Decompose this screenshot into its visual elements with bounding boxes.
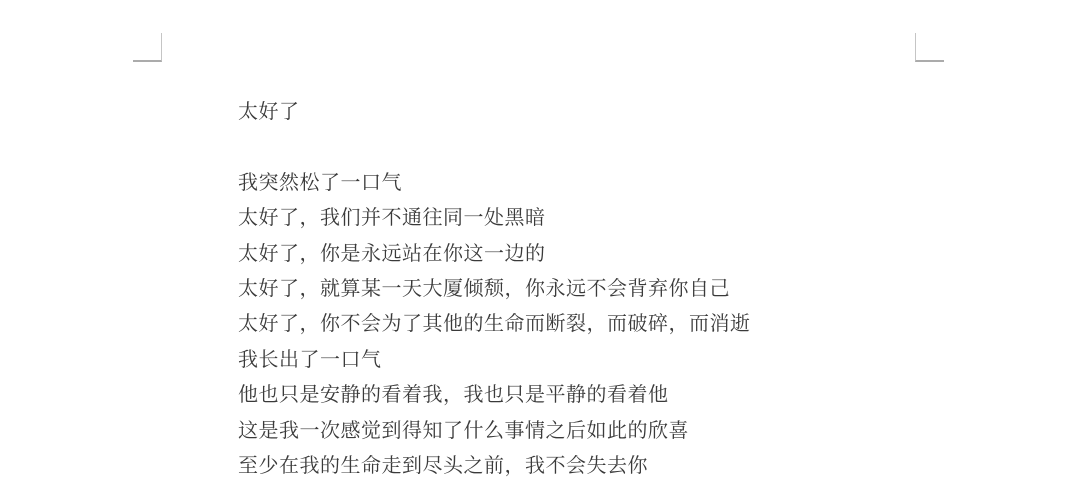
- text-line[interactable]: 太好了，你是永远站在你这一边的: [238, 237, 958, 272]
- document-text-area[interactable]: 太好了 我突然松了一口气 太好了，我们并不通往同一处黑暗 太好了，你是永远站在你…: [238, 95, 958, 484]
- margin-corner-mark-top-left: [133, 33, 162, 62]
- text-line[interactable]: 太好了: [238, 95, 958, 130]
- text-line[interactable]: 太好了，你不会为了其他的生命而断裂，而破碎，而消逝: [238, 307, 958, 342]
- document-page[interactable]: 太好了 我突然松了一口气 太好了，我们并不通往同一处黑暗 太好了，你是永远站在你…: [0, 0, 1077, 487]
- text-line[interactable]: 太好了，就算某一天大厦倾颓，你永远不会背弃你自己: [238, 272, 958, 307]
- text-line[interactable]: 他也只是安静的看着我，我也只是平静的看着他: [238, 378, 958, 413]
- text-line[interactable]: 我突然松了一口气: [238, 166, 958, 201]
- margin-corner-mark-top-right: [915, 33, 944, 62]
- text-line[interactable]: 我长出了一口气: [238, 343, 958, 378]
- text-line-blank[interactable]: [238, 130, 958, 165]
- screenshot-root: { "doc": { "background_color": "#ffffff"…: [0, 0, 1077, 487]
- text-line[interactable]: 至少在我的生命走到尽头之前，我不会失去你: [238, 449, 958, 484]
- text-line[interactable]: 太好了，我们并不通往同一处黑暗: [238, 201, 958, 236]
- text-line[interactable]: 这是我一次感觉到得知了什么事情之后如此的欣喜: [238, 414, 958, 449]
